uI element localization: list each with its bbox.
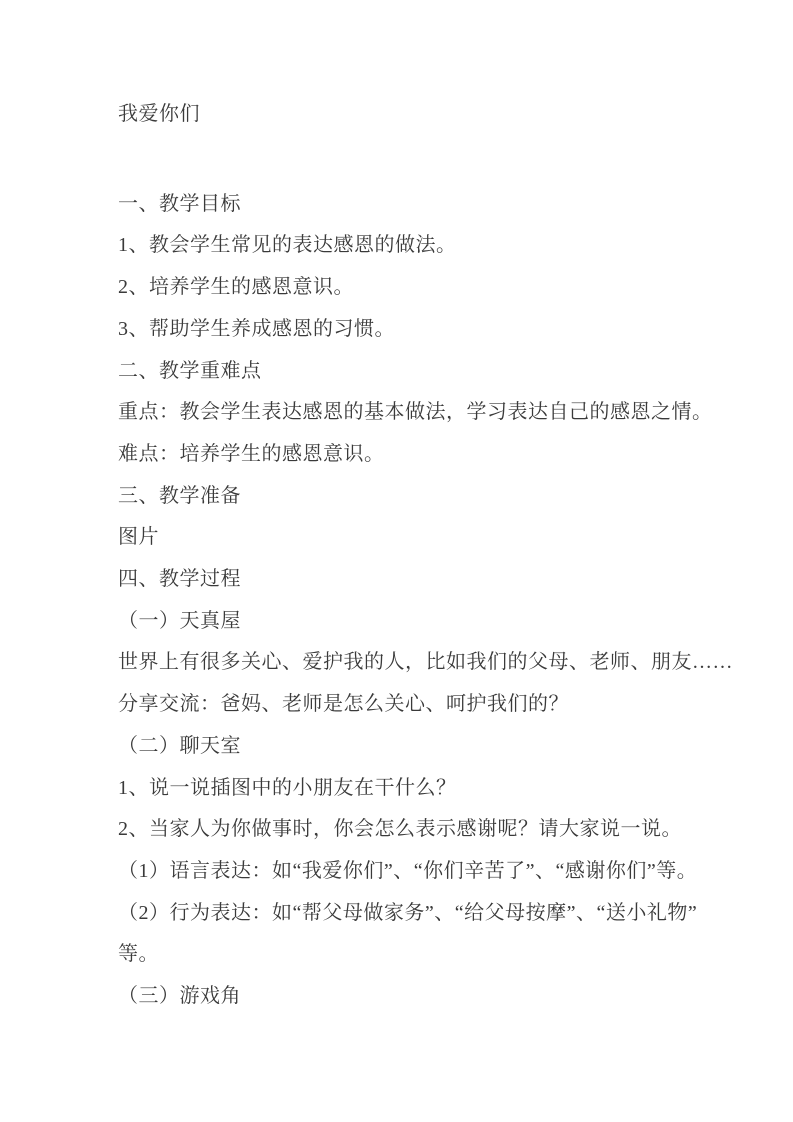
text-line: （二）聊天室 [118,726,693,768]
text-line: 重点：教会学生表达感恩的基本做法，学习表达自己的感恩之情。 [118,392,693,434]
text-line: 世界上有很多关心、爱护我的人，比如我们的父母、老师、朋友…… [118,642,693,684]
text-line: （三）游戏角 [118,976,693,1018]
text-line: 分享交流：爸妈、老师是怎么关心、呵护我们的？ [118,684,693,726]
text-line: （1）语言表达：如“我爱你们”、“你们辛苦了”、“感谢你们”等。 [118,851,693,893]
document-body: 一、教学目标1、教会学生常见的表达感恩的做法。2、培养学生的感恩意识。3、帮助学… [118,184,693,1018]
text-line: 图片 [118,517,693,559]
text-line: 2、当家人为你做事时，你会怎么表示感谢呢？请大家说一说。 [118,809,693,851]
text-line: 等。 [118,934,693,976]
document-page: 我爱你们 一、教学目标1、教会学生常见的表达感恩的做法。2、培养学生的感恩意识。… [0,0,793,1122]
text-line: 2、培养学生的感恩意识。 [118,267,693,309]
document-title: 我爱你们 [118,94,693,136]
text-line: 三、教学准备 [118,476,693,518]
text-line: 四、教学过程 [118,559,693,601]
text-line: 1、说一说插图中的小朋友在干什么？ [118,768,693,810]
text-line: 1、教会学生常见的表达感恩的做法。 [118,225,693,267]
text-line: （一）天真屋 [118,601,693,643]
text-line: 二、教学重难点 [118,351,693,393]
text-line: （2）行为表达：如“帮父母做家务”、“给父母按摩”、“送小礼物” [118,893,693,935]
blank-line [118,136,693,184]
text-line: 一、教学目标 [118,184,693,226]
text-line: 3、帮助学生养成感恩的习惯。 [118,309,693,351]
text-line: 难点：培养学生的感恩意识。 [118,434,693,476]
